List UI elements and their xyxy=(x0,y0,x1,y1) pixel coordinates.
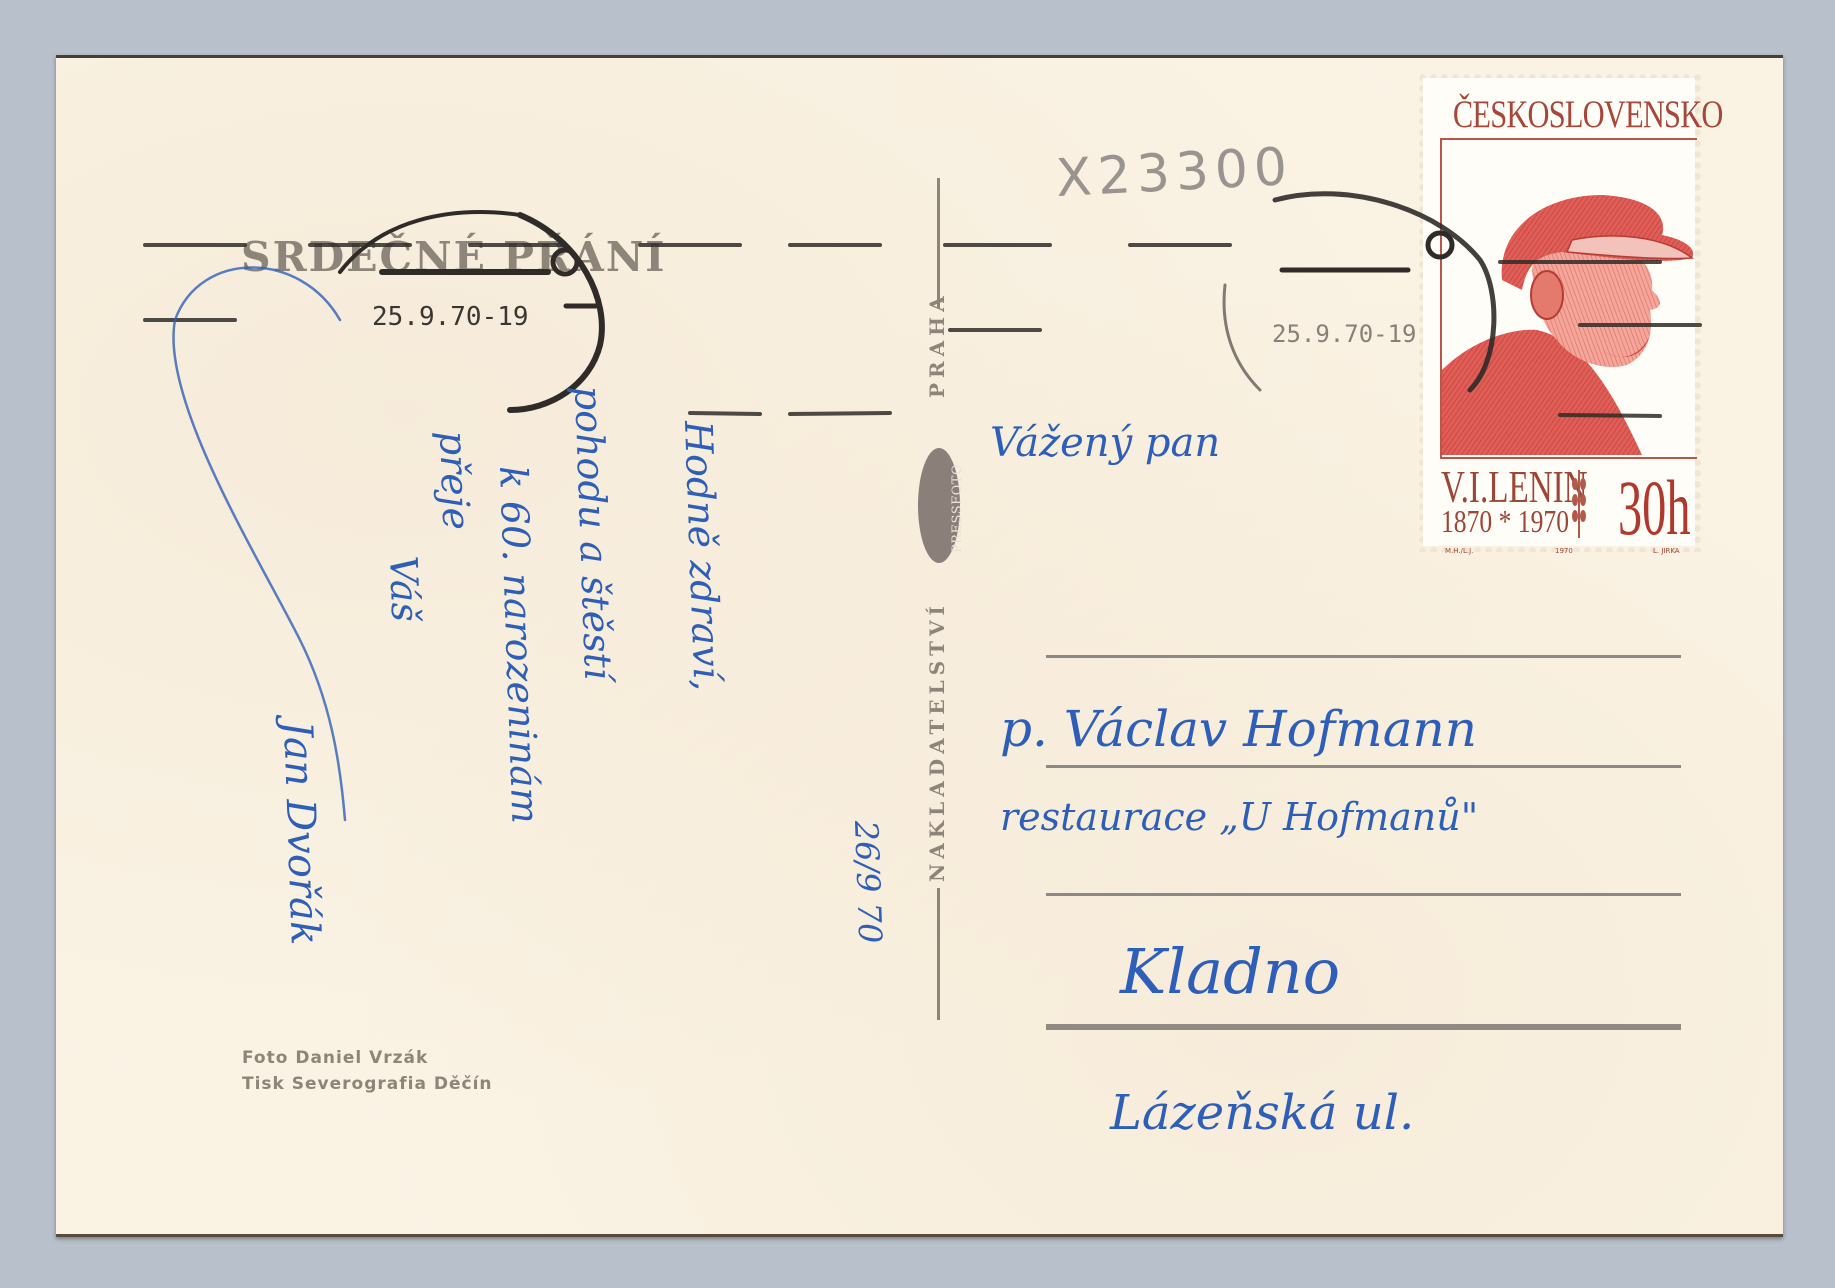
message-line-5: Váš xyxy=(381,555,427,623)
address-recipient: p. Václav Hofmann xyxy=(1000,700,1477,758)
handwriting-overlay xyxy=(0,0,1835,1288)
message-line-1: Hodně zdraví, xyxy=(676,420,729,692)
address-salutation: Vážený pan xyxy=(990,420,1220,466)
address-city: Kladno xyxy=(1120,935,1340,1008)
message-line-4: přeje xyxy=(431,430,478,531)
signature: Jan Dvořák xyxy=(274,720,328,946)
message-date: 26/9 70 xyxy=(847,820,889,944)
address-street: Lázeňská ul. xyxy=(1110,1085,1414,1141)
address-business: restaurace „U Hofmanů" xyxy=(1000,795,1478,839)
